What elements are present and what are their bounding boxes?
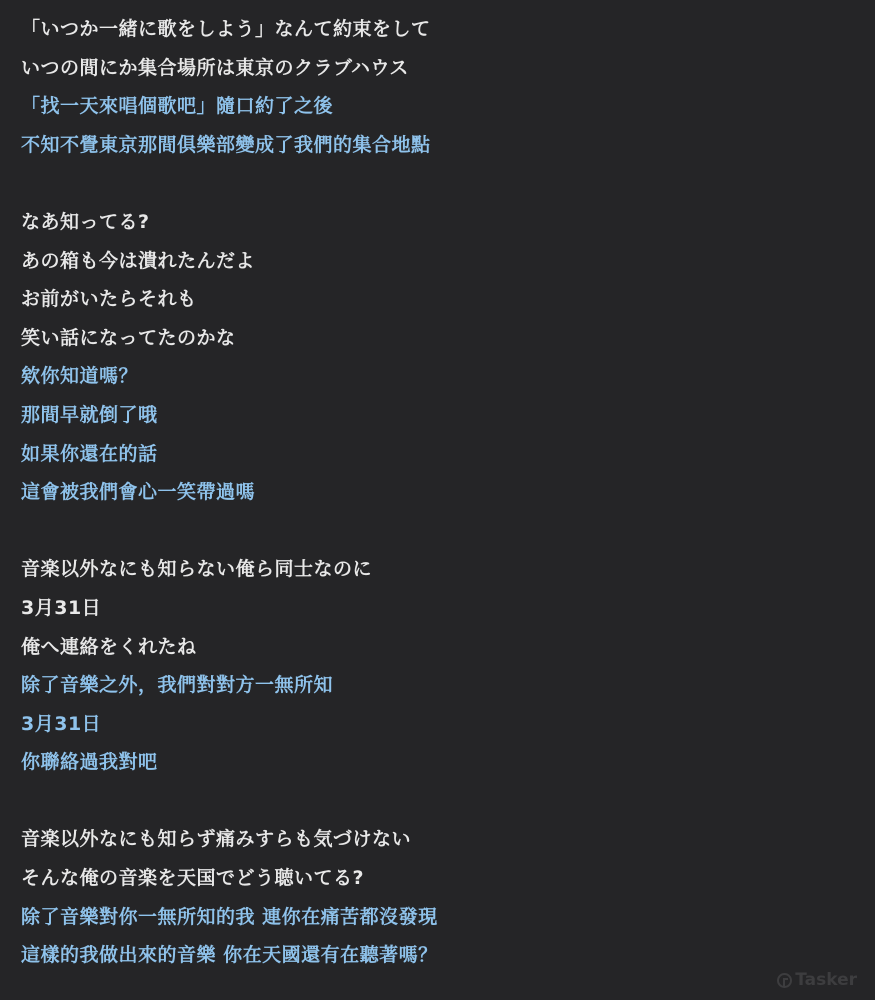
watermark-label: Tasker <box>795 970 857 990</box>
watermark: Tasker <box>777 970 857 990</box>
lyric-line: 這樣的我做出來的音樂 你在天國還有在聽著嗎？ <box>21 936 841 975</box>
lyric-line: 你聯絡過我對吧 <box>21 743 841 782</box>
lyric-line: 除了音樂對你一無所知的我 連你在痛苦都沒發現 <box>21 898 841 937</box>
lyric-line: 3月31日 <box>21 589 841 628</box>
lyric-line <box>21 164 841 203</box>
lyric-line: 那間早就倒了哦 <box>21 396 841 435</box>
lyric-line: 這會被我們會心一笑帶過嗎 <box>21 473 841 512</box>
lyric-line <box>21 782 841 821</box>
tasker-logo-icon <box>777 973 792 988</box>
lyric-line: 笑い話になってたのかな <box>21 319 841 358</box>
lyric-line: なあ知ってる? <box>21 203 841 242</box>
lyric-line: 不知不覺東京那間俱樂部變成了我們的集合地點 <box>21 126 841 165</box>
lyric-line: いつの間にか集合場所は東京のクラブハウス <box>21 49 841 88</box>
lyric-line: 音楽以外なにも知らない俺ら同士なのに <box>21 550 841 589</box>
lyric-line: そんな俺の音楽を天国でどう聴いてる? <box>21 859 841 898</box>
lyric-line: 俺へ連絡をくれたね <box>21 628 841 667</box>
lyric-line: 「いつか一緒に歌をしよう」なんて約束をして <box>21 10 841 49</box>
lyric-line: お前がいたらそれも <box>21 280 841 319</box>
lyric-line: あの箱も今は潰れたんだよ <box>21 242 841 281</box>
lyric-line: 「找一天來唱個歌吧」隨口約了之後 <box>21 87 841 126</box>
lyric-line: 除了音樂之外，我們對對方一無所知 <box>21 666 841 705</box>
lyrics-container: 「いつか一緒に歌をしよう」なんて約束をして いつの間にか集合場所は東京のクラブハ… <box>21 10 841 975</box>
lyric-line <box>21 512 841 551</box>
lyric-line: 音楽以外なにも知らず痛みすらも気づけない <box>21 820 841 859</box>
lyric-line: 欸你知道嗎？ <box>21 357 841 396</box>
lyric-line: 如果你還在的話 <box>21 435 841 474</box>
lyric-line: 3月31日 <box>21 705 841 744</box>
